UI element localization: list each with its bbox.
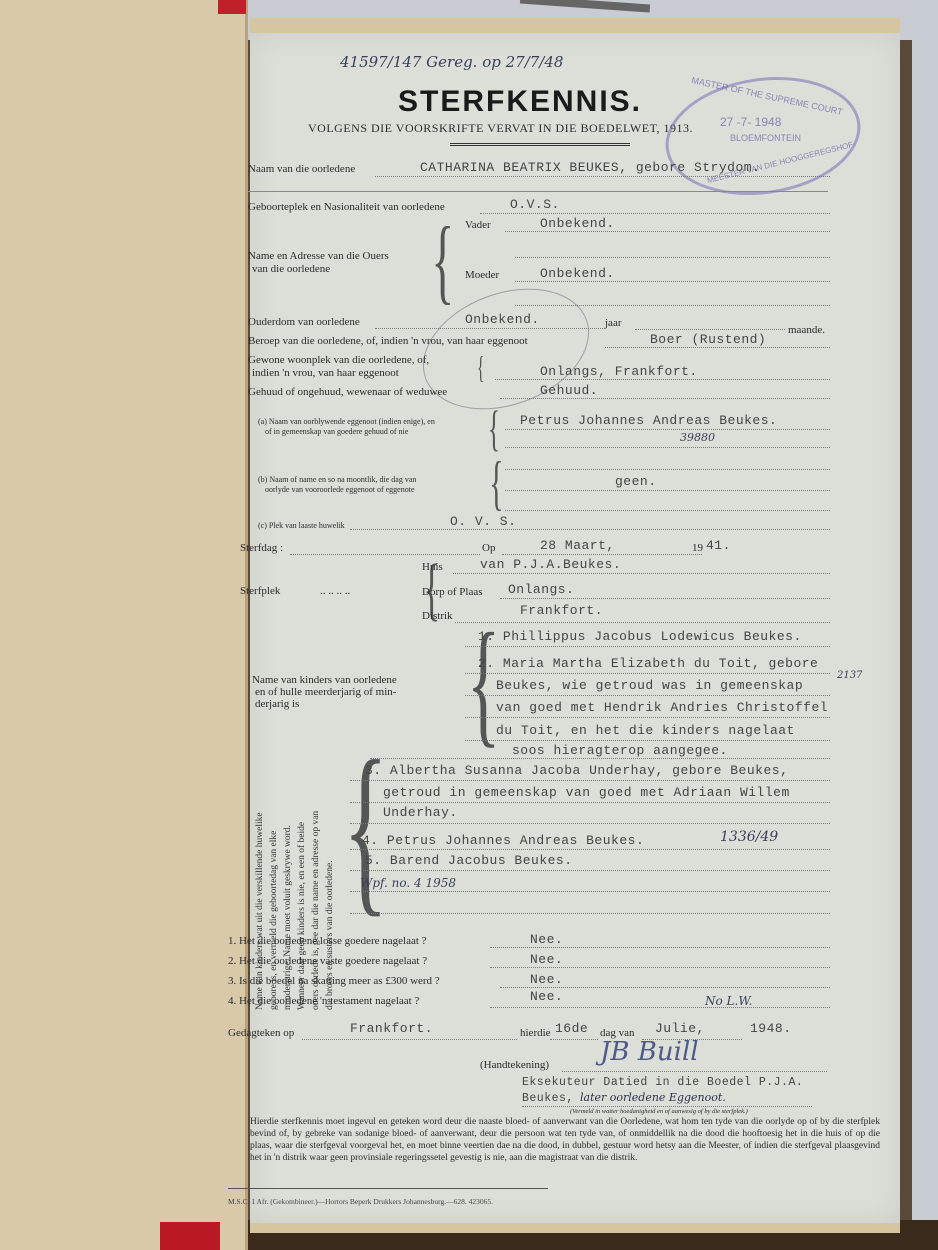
signed-day-line	[550, 1039, 598, 1040]
child-annotation-wpf: Wpf. no. 4 1958	[360, 876, 456, 890]
age-line	[375, 328, 605, 329]
occupation-line	[605, 347, 830, 348]
handwritten-reference: 41597/147 Gereg. op 27/7/48	[340, 53, 563, 71]
father-address-line	[515, 257, 830, 258]
occupation-value: Boer (Rustend)	[650, 332, 766, 347]
children-label-3: derjarig is	[255, 698, 299, 710]
marital-value: Gehuud.	[540, 383, 598, 398]
surviving-spouse-label-2: of in gemeenskap van goedere gehuud of n…	[265, 427, 408, 436]
town-value: Onlangs.	[508, 582, 574, 597]
child-line-2: 2. Maria Martha Elizabeth du Toit, gebor…	[478, 656, 818, 671]
death-date-leader	[290, 554, 480, 555]
last-marriage-line	[350, 529, 830, 530]
child-line-5: du Toit, en het die kinders nagelaat	[496, 723, 795, 738]
death-date-line	[502, 554, 702, 555]
age-years-label: jaar	[605, 317, 621, 329]
question-4-label: 4. Het die oorledene 'n testament nagela…	[228, 995, 419, 1007]
child-rule-7	[350, 780, 830, 781]
question-2-value: Nee.	[530, 952, 563, 967]
predeceased-brace: {	[489, 453, 503, 513]
child-line-9: Underhay.	[383, 805, 458, 820]
child-line-1: 1. Phillippus Jacobus Lodewicus Beukes.	[478, 629, 802, 644]
house-label: Huis	[422, 561, 443, 573]
death-year-suffix: 41.	[706, 538, 731, 553]
death-date-label: Sterfdag :	[240, 542, 283, 554]
signer-line-1: Eksekuteur Datied in die Boedel P.J.A.	[522, 1076, 803, 1089]
child-rule-1	[465, 646, 830, 647]
birthplace-value: O.V.S.	[510, 197, 560, 212]
child-annotation-1336: 1336/49	[720, 829, 778, 845]
question-2-line	[490, 967, 830, 968]
signed-hierdie-label: hierdie	[520, 1027, 551, 1039]
signed-at-value: Frankfort.	[350, 1021, 433, 1036]
signer-note: (Vermeld in watter hoedanigheid en of aa…	[570, 1108, 748, 1115]
child-line-11: 5. Barend Jacobus Beukes.	[365, 853, 573, 868]
signer-line-2-typed: Beukes,	[522, 1092, 574, 1105]
father-value: Onbekend.	[540, 216, 615, 231]
printer-footer: M.S.C. 1 Afr. (Gekombineer.)—Hortors Bep…	[228, 1197, 493, 1206]
death-notice-form: 41597/147 Gereg. op 27/7/48 STERFKENNIS.…	[250, 33, 900, 1223]
child-rule-13	[350, 913, 830, 914]
last-marriage-label: (c) Plek van laaste huwelik	[258, 521, 345, 530]
district-label: Distrik	[422, 610, 453, 622]
deceased-name-line	[375, 176, 830, 177]
child-line-7: 3. Albertha Susanna Jacoba Underhay, geb…	[365, 763, 788, 778]
question-4-annotation: No L.W.	[705, 994, 752, 1008]
surviving-spouse-value: Petrus Johannes Andreas Beukes.	[520, 413, 777, 428]
child-line-6: soos hieragterop aangegee.	[512, 743, 728, 758]
parents-brace: {	[431, 213, 454, 308]
signer-line-2-handwritten: later oorledene Eggenoot.	[580, 1091, 726, 1104]
child-line-3: Beukes, wie getroud was in gemeenskap	[496, 678, 803, 693]
question-2-label: 2. Het die oorledene vaste goedere nagel…	[228, 955, 427, 967]
mother-label: Moeder	[465, 269, 499, 281]
form-title: STERFKENNIS.	[398, 85, 642, 119]
signed-day-value: 16de	[555, 1021, 588, 1036]
footer-rule	[228, 1188, 548, 1189]
signed-at-line	[302, 1039, 517, 1040]
instructions-paragraph: Hierdie sterfkennis moet ingevul en gete…	[250, 1116, 880, 1164]
residence-brace: {	[477, 351, 485, 383]
child-annotation-2137: 2137	[837, 670, 862, 681]
surviving-spouse-annotation: 39880	[680, 431, 715, 444]
district-value: Frankfort.	[520, 603, 603, 618]
residence-line	[495, 379, 830, 380]
father-label: Vader	[465, 219, 491, 231]
signed-year-value: 1948.	[750, 1021, 792, 1036]
surviving-spouse-line	[505, 429, 830, 430]
marital-label: Gehuud of ongehuud, wewenaar of weduwee	[248, 386, 447, 398]
occupation-label: Beroep van die oorledene, of, indien 'n …	[248, 335, 528, 347]
question-3-value: Nee.	[530, 972, 563, 987]
birthplace-label: Geboorteplek en Nasionaliteit van oorled…	[248, 201, 445, 213]
marital-line	[500, 398, 830, 399]
child-rule-11	[350, 870, 830, 871]
child-rule-3	[465, 695, 830, 696]
question-1-value: Nee.	[530, 932, 563, 947]
death-date-op-label: Op	[482, 542, 495, 554]
house-value: van P.J.A.Beukes.	[480, 557, 621, 572]
child-rule-5	[465, 740, 830, 741]
stamp-date: 27 -7- 1948	[720, 115, 781, 129]
surviving-spouse-line-2	[505, 447, 830, 448]
parents-label-1: Name en Adresse van die Ouers	[248, 250, 389, 262]
town-label: Dorp of Plaas	[422, 586, 483, 598]
signature-line	[562, 1071, 827, 1072]
child-line-4: van goed met Hendrik Andries Christoffel	[496, 700, 828, 715]
question-3-label: 3. Is die boedel na skatting meer as £30…	[228, 975, 440, 987]
residence-value: Onlangs, Frankfort.	[540, 364, 698, 379]
signed-month-value: Julie,	[655, 1021, 705, 1036]
signed-at-label: Gedagteken op	[228, 1027, 294, 1039]
age-label: Ouderdom van oorledene	[248, 316, 360, 328]
age-value: Onbekend.	[465, 312, 540, 327]
predeceased-line-3	[505, 510, 830, 511]
district-line	[455, 622, 830, 623]
child-line-10: 4. Petrus Johannes Andreas Beukes.	[362, 833, 644, 848]
age-months-label: maande.	[788, 324, 825, 336]
children-brace-2: {	[343, 733, 389, 923]
question-1-line	[490, 947, 830, 948]
age-months-line	[635, 329, 785, 330]
children-label-1: Name van kinders van oorledene	[252, 674, 397, 686]
question-1-label: 1. Het die oorledene losse goedere nagel…	[228, 935, 427, 947]
house-line	[453, 573, 830, 574]
predeceased-value: geen.	[615, 474, 657, 489]
mother-value: Onbekend.	[540, 266, 615, 281]
signature-label: (Handtekening)	[480, 1059, 549, 1071]
child-rule-9	[350, 823, 830, 824]
signature-scribble: JB Buill	[600, 1037, 699, 1067]
left-page-facing	[0, 0, 248, 1250]
residence-label-2: indien 'n vrou, van haar eggenoot	[252, 367, 399, 379]
town-line	[500, 598, 830, 599]
child-rule-10	[350, 849, 830, 850]
stamp-city: BLOEMFONTEIN	[730, 133, 801, 143]
question-3-line	[500, 987, 830, 988]
child-rule-8	[350, 802, 830, 803]
death-place-label: Sterfplek	[240, 585, 280, 597]
book-spine-edge-bottom	[160, 1222, 220, 1250]
child-line-8: getroud in gemeenskap van goed met Adria…	[383, 785, 790, 800]
last-marriage-value: O. V. S.	[450, 514, 516, 529]
predeceased-line-1	[505, 469, 830, 470]
parents-label-2: van die oorledene	[252, 263, 330, 275]
child-rule-6	[370, 758, 830, 759]
father-line	[505, 231, 830, 232]
birthplace-line	[480, 213, 830, 214]
mother-line	[515, 281, 830, 282]
deceased-name-label: Naam van die oorledene	[248, 163, 355, 175]
spouse-brace: {	[488, 403, 500, 453]
question-4-value: Nee.	[530, 989, 563, 1004]
title-rule	[450, 143, 630, 146]
predeceased-label-2: oorlyde van vooroorlede eggenoot of egge…	[265, 485, 415, 494]
child-rule-4	[465, 717, 830, 718]
residence-label-1: Gewone woonplek van die oorledene, of,	[248, 354, 429, 366]
child-rule-2	[465, 673, 830, 674]
children-label-2: en of hulle meerderjarig of min-	[255, 686, 396, 698]
background-right	[912, 0, 938, 1250]
death-date-value: 28 Maart,	[540, 538, 615, 553]
name-underline	[248, 191, 828, 192]
question-4-line	[490, 1007, 830, 1008]
signer-line	[522, 1106, 812, 1107]
surviving-spouse-label-1: (a) Naam van oorblywende eggenoot (indie…	[258, 417, 435, 426]
form-subtitle: VOLGENS DIE VOORSKRIFTE VERVAT IN DIE BO…	[308, 121, 693, 136]
predeceased-label-1: (b) Naam of name en so na moontlik, die …	[258, 475, 416, 484]
child-rule-12	[350, 891, 830, 892]
death-year-prefix: 19	[692, 542, 703, 554]
book-spine-edge	[218, 0, 246, 14]
death-place-dots: .. .. .. ..	[320, 585, 350, 597]
deceased-name-value: CATHARINA BEATRIX BEUKES, gebore Strydom…	[420, 160, 760, 175]
predeceased-line-2	[505, 490, 830, 491]
